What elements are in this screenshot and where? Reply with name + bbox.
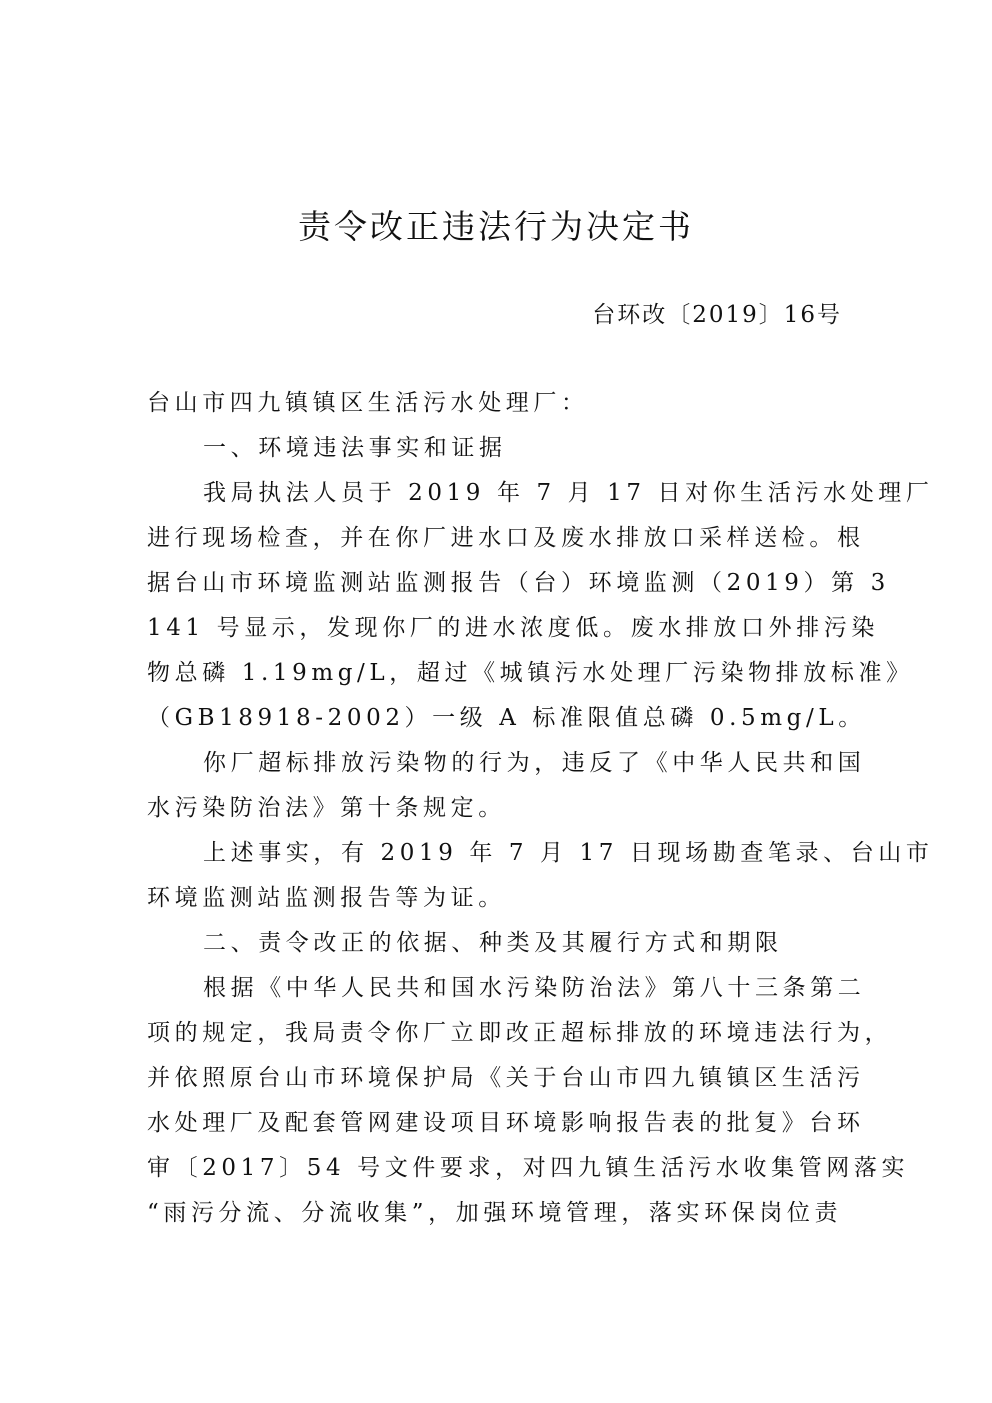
body-line: 项的规定，我局责令你厂立即改正超标排放的环境违法行为， [147,1016,847,1050]
body-line: 水污染防治法》第十条规定。 [147,791,847,825]
body-line: 物总磷 1.19mg/L，超过《城镇污水处理厂污染物排放标准》 [147,656,847,690]
body-line: 我局执法人员于 2019 年 7 月 17 日对你生活污水处理厂 [203,476,903,510]
body-line: 并依照原台山市环境保护局《关于台山市四九镇镇区生活污 [147,1061,847,1095]
body-line: 环境监测站监测报告等为证。 [147,881,847,915]
body-line: 根据《中华人民共和国水污染防治法》第八十三条第二 [203,971,903,1005]
document-number: 台环改〔2019〕16号 [592,298,842,332]
document-title: 责令改正违法行为决定书 [0,203,992,251]
section-heading-1: 一、环境违法事实和证据 [203,431,903,465]
section-heading-2: 二、责令改正的依据、种类及其履行方式和期限 [203,926,903,960]
body-line: 进行现场检查，并在你厂进水口及废水排放口采样送检。根 [147,521,847,555]
body-line: 据台山市环境监测站监测报告（台）环境监测（2019）第 3 [147,566,847,600]
body-line: （GB18918-2002）一级 A 标准限值总磷 0.5mg/L。 [147,701,847,735]
body-line: 水处理厂及配套管网建设项目环境影响报告表的批复》台环 [147,1106,847,1140]
body-line: 你厂超标排放污染物的行为，违反了《中华人民共和国 [203,746,903,780]
body-line: “雨污分流、分流收集”，加强环境管理，落实环保岗位责 [147,1196,847,1230]
addressee: 台山市四九镇镇区生活污水处理厂： [147,386,847,420]
body-line: 审〔2017〕54 号文件要求，对四九镇生活污水收集管网落实 [147,1151,847,1185]
body-line: 141 号显示，发现你厂的进水浓度低。废水排放口外排污染 [147,611,847,645]
body-line: 上述事实，有 2019 年 7 月 17 日现场勘查笔录、台山市 [203,836,903,870]
